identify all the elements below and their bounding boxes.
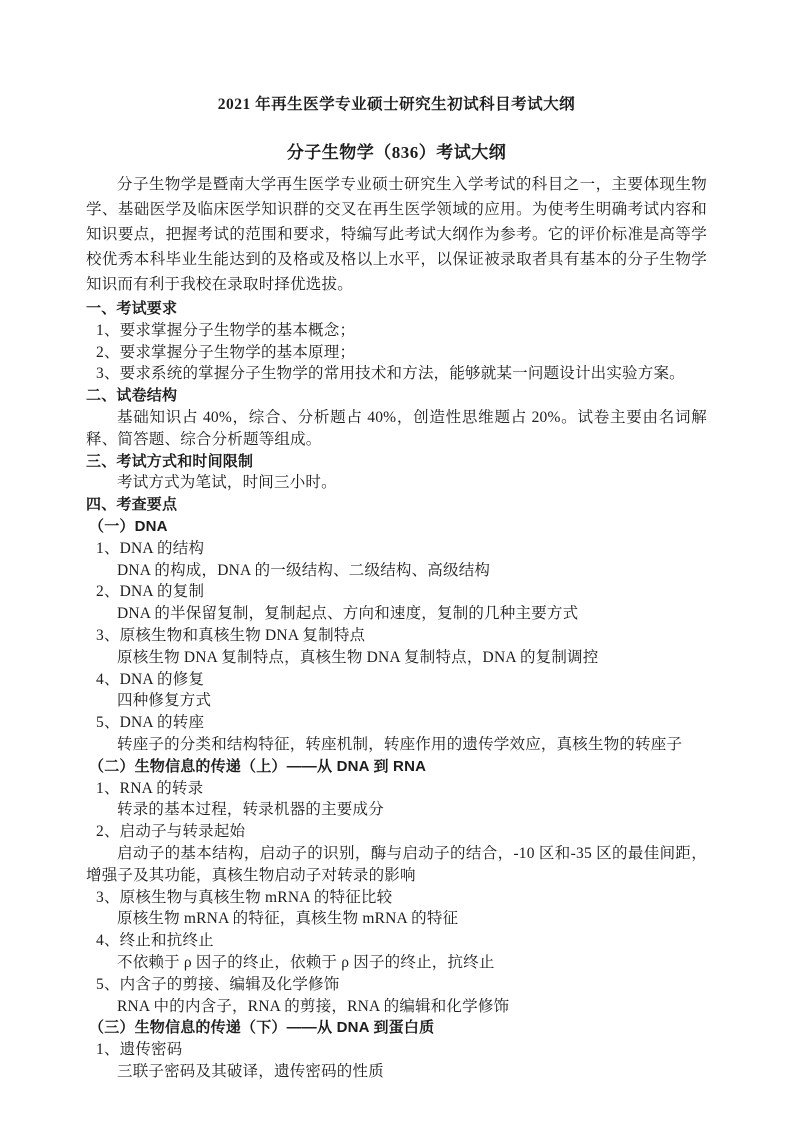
detail-text: 考试方式为笔试，时间三小时。 (86, 472, 707, 494)
section-heading: 三、考试方式和时间限制 (86, 451, 707, 473)
list-item: 2、DNA 的复制 (86, 581, 707, 603)
list-item: 1、DNA 的结构 (86, 538, 707, 560)
list-item: 5、内含子的剪接、编辑及化学修饰 (86, 974, 707, 996)
section-heading: 四、考查要点 (86, 494, 707, 516)
list-item: 1、要求掌握分子生物学的基本概念； (86, 320, 707, 342)
detail-text: 不依赖于 ρ 因子的终止，依赖于 ρ 因子的终止，抗终止 (86, 952, 707, 974)
list-item: 3、要求系统的掌握分子生物学的常用技术和方法，能够就某一问题设计出实验方案。 (86, 363, 707, 385)
section-heading: 一、考试要求 (86, 298, 707, 320)
detail-text: 启动子的基本结构，启动子的识别，酶与启动子的结合，-10 区和-35 区的最佳间… (86, 843, 707, 887)
list-item: 4、终止和抗终止 (86, 930, 707, 952)
list-item: 3、原核生物和真核生物 DNA 复制特点 (86, 625, 707, 647)
list-item: 2、要求掌握分子生物学的基本原理； (86, 342, 707, 364)
list-item: 5、DNA 的转座 (86, 712, 707, 734)
list-item: 4、DNA 的修复 (86, 669, 707, 691)
document-title: 2021 年再生医学专业硕士研究生初试科目考试大纲 (86, 94, 707, 116)
document-page: 2021 年再生医学专业硕士研究生初试科目考试大纲 分子生物学（836）考试大纲… (0, 0, 793, 1122)
detail-text: 基础知识占 40%，综合、分析题占 40%，创造性思维题占 20%。试卷主要由名… (86, 407, 707, 451)
section-heading: 二、试卷结构 (86, 385, 707, 407)
detail-text: RNA 中的内含子，RNA 的剪接，RNA 的编辑和化学修饰 (86, 996, 707, 1018)
detail-text: DNA 的构成，DNA 的一级结构、二级结构、高级结构 (86, 560, 707, 582)
outline-body: 一、考试要求1、要求掌握分子生物学的基本概念；2、要求掌握分子生物学的基本原理；… (86, 298, 707, 1083)
list-item: 2、启动子与转录起始 (86, 821, 707, 843)
subsection-heading: （二）生物信息的传递（上）——从 DNA 到 RNA (86, 756, 707, 778)
list-item: 3、原核生物与真核生物 mRNA 的特征比较 (86, 887, 707, 909)
detail-text: 转座子的分类和结构特征，转座机制，转座作用的遗传学效应，真核生物的转座子 (86, 734, 707, 756)
document-subtitle: 分子生物学（836）考试大纲 (86, 141, 707, 165)
list-item: 1、RNA 的转录 (86, 778, 707, 800)
detail-text: DNA 的半保留复制，复制起点、方向和速度，复制的几种主要方式 (86, 603, 707, 625)
detail-text: 转录的基本过程，转录机器的主要成分 (86, 799, 707, 821)
list-item: 1、遗传密码 (86, 1039, 707, 1061)
subsection-heading: （一）DNA (86, 516, 707, 538)
subsection-heading: （三）生物信息的传递（下）——从 DNA 到蛋白质 (86, 1017, 707, 1039)
detail-text: 原核生物 mRNA 的特征，真核生物 mRNA 的特征 (86, 908, 707, 930)
detail-text: 三联子密码及其破译，遗传密码的性质 (86, 1061, 707, 1083)
detail-text: 四种修复方式 (86, 690, 707, 712)
detail-text: 原核生物 DNA 复制特点，真核生物 DNA 复制特点，DNA 的复制调控 (86, 647, 707, 669)
intro-paragraph: 分子生物学是暨南大学再生医学专业硕士研究生入学考试的科目之一，主要体现生物学、基… (86, 172, 707, 297)
